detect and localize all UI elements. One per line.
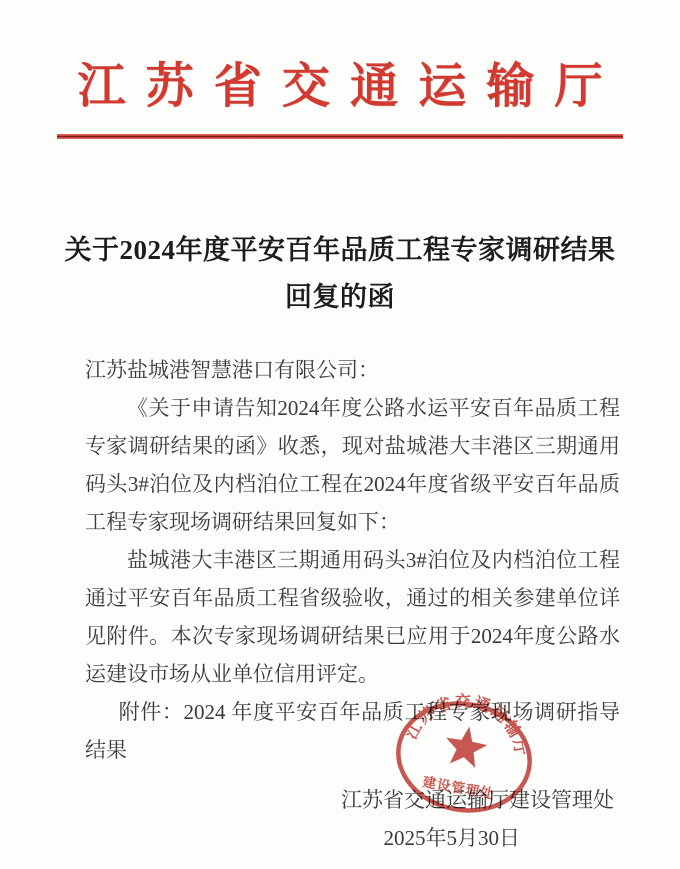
date-line: 2025年5月30日	[0, 819, 680, 857]
paragraph-2: 盐城港大丰港区三期通用码头3#泊位及内档泊位工程通过平安百年品质工程省级验收，通…	[85, 541, 620, 693]
letterhead-divider	[57, 134, 623, 139]
letterhead: 江苏省交通运输厅	[0, 0, 680, 139]
agency-name: 江苏省交通运输厅	[0, 50, 680, 124]
official-letter-page: 江苏省交通运输厅 关于2024年度平安百年品质工程专家调研结果 回复的函 江苏盐…	[0, 0, 680, 869]
document-title-line-2: 回复的函	[0, 274, 680, 321]
salutation: 江苏盐城港智慧港口有限公司：	[85, 351, 620, 389]
document-title: 关于2024年度平安百年品质工程专家调研结果 回复的函	[0, 227, 680, 321]
signature-block: 江苏省交通运输厅建设管理处 2025年5月30日	[0, 781, 680, 857]
document-title-line-1: 关于2024年度平安百年品质工程专家调研结果	[0, 227, 680, 274]
signer-line: 江苏省交通运输厅建设管理处	[0, 781, 680, 819]
attachment-line: 附件：2024 年度平安百年品质工程专家现场调研指导结果	[85, 693, 620, 769]
paragraph-1: 《关于申请告知2024年度公路水运平安百年品质工程专家调研结果的函》收悉，现对盐…	[85, 389, 620, 541]
letter-body: 江苏盐城港智慧港口有限公司： 《关于申请告知2024年度公路水运平安百年品质工程…	[85, 351, 620, 769]
